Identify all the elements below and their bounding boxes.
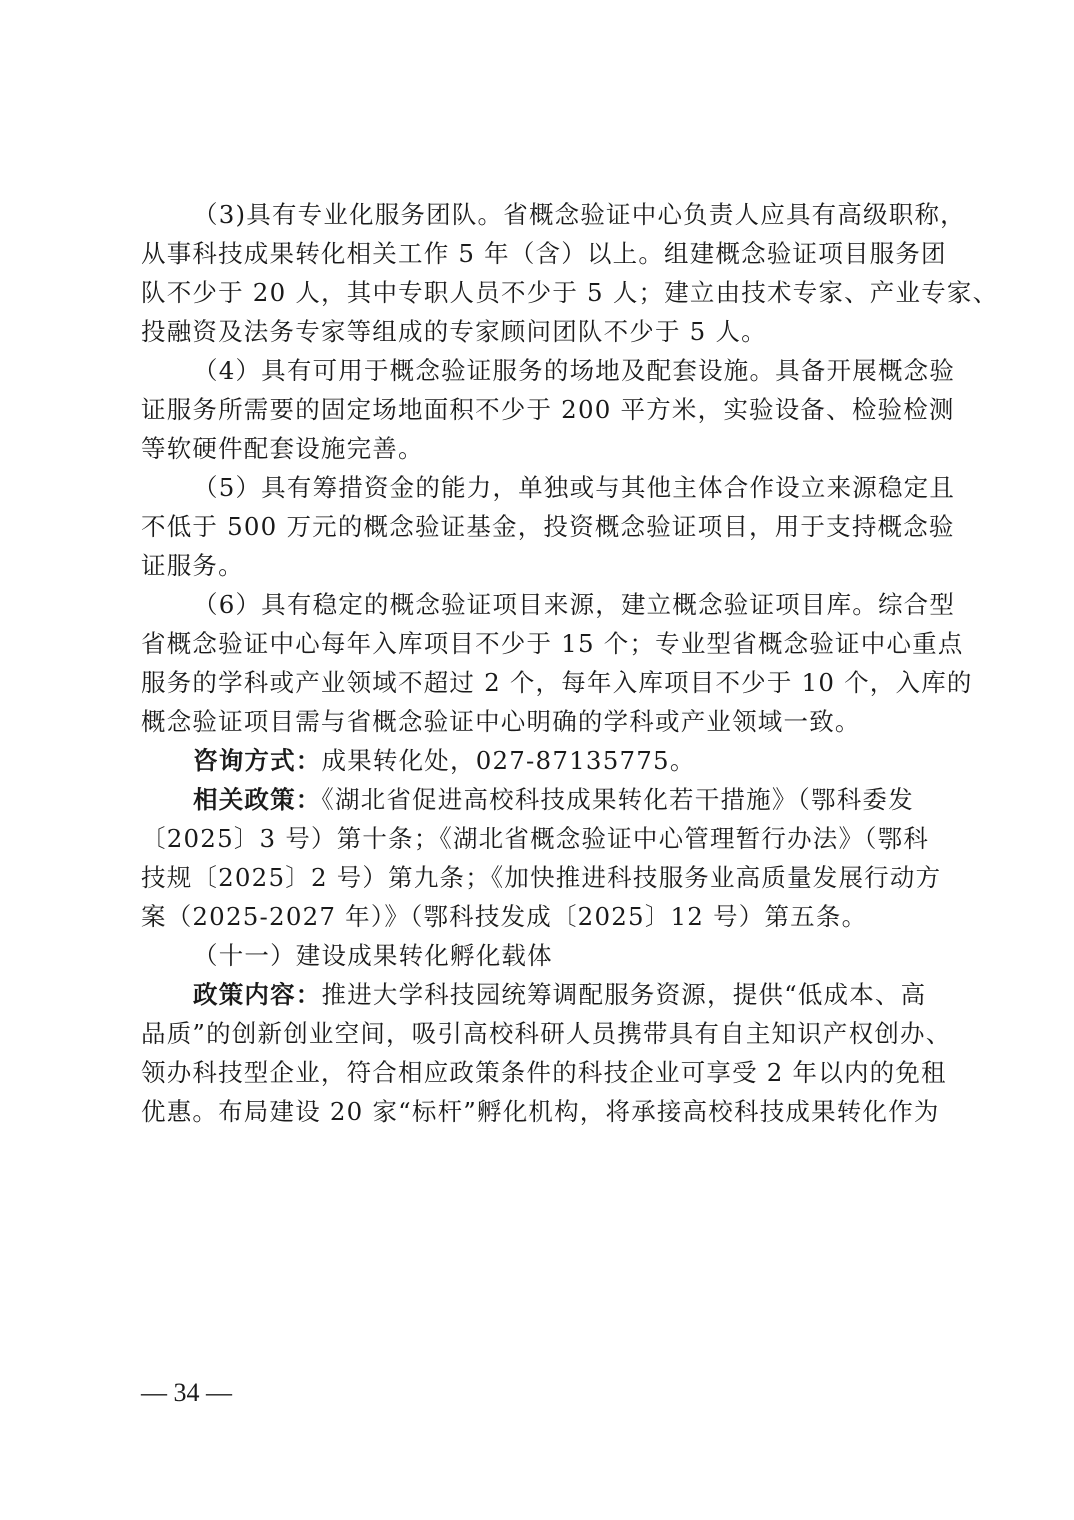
content-line-1: 政策内容：推进大学科技园统筹调配服务资源，提供“低成本、高 [193,975,926,1015]
policy-line-2: 〔2025〕3 号）第十条；《湖北省概念验证中心管理暂行办法》（鄂科 [141,819,929,859]
text-line: 从事科技成果转化相关工作 5 年（含）以上。组建概念验证项目服务团 [141,234,947,274]
text-line: （6）具有稳定的概念验证项目来源，建立概念验证项目库。综合型 [193,585,955,625]
consult-label: 咨询方式： [193,746,322,775]
content-line-2: 品质”的创新创业空间，吸引高校科研人员携带具有自主知识产权创办、 [141,1014,951,1054]
content-line-4: 优惠。布局建设 20 家“标杆”孵化机构，将承接高校科技成果转化作为 [141,1092,940,1132]
content-label: 政策内容： [193,980,322,1009]
text-line: 证服务所需要的固定场地面积不少于 200 平方米，实验设备、检验检测 [141,390,955,430]
text-line: （3)具有专业化服务团队。省概念验证中心负责人应具有高级职称， [193,195,966,235]
text-line: 服务的学科或产业领域不超过 2 个，每年入库项目不少于 10 个，入库的 [141,663,973,703]
text-line: 证服务。 [141,546,244,586]
policy-line-4: 案（2025-2027 年）》（鄂科技发成〔2025〕12 号）第五条。 [141,897,867,937]
text-line: 不低于 500 万元的概念验证基金，投资概念验证项目，用于支持概念验 [141,507,955,547]
section-heading: （十一）建设成果转化孵化载体 [193,936,553,976]
text-line: 队不少于 20 人，其中专职人员不少于 5 人；建立由技术专家、产业专家、 [141,273,998,313]
consult-text: 成果转化处，027-87135775。 [322,746,696,775]
text-line: 省概念验证中心每年入库项目不少于 15 个；专业型省概念验证中心重点 [141,624,964,664]
text-line: 等软硬件配套设施完善。 [141,429,424,469]
text-line: 概念验证项目需与省概念验证中心明确的学科或产业领域一致。 [141,702,861,742]
content-first-line: 推进大学科技园统筹调配服务资源，提供“低成本、高 [322,980,927,1009]
policy-line-3: 技规〔2025〕2 号）第九条；《加快推进科技服务业高质量发展行动方 [141,858,941,898]
policy-first-line: 《湖北省促进高校科技成果转化若干措施》（鄂科委发 [322,785,914,814]
policy-label: 相关政策： [193,785,322,814]
consult-line: 咨询方式：成果转化处，027-87135775。 [193,741,696,781]
text-line: （5）具有筹措资金的能力，单独或与其他主体合作设立来源稳定且 [193,468,955,508]
page-number: — 34 — [141,1378,232,1408]
content-line-3: 领办科技型企业，符合相应政策条件的科技企业可享受 2 年以内的免租 [141,1053,947,1093]
policy-line-1: 相关政策：《湖北省促进高校科技成果转化若干措施》（鄂科委发 [193,780,914,820]
text-line: 投融资及法务专家等组成的专家顾问团队不少于 5 人。 [141,312,767,352]
text-line: （4）具有可用于概念验证服务的场地及配套设施。具备开展概念验 [193,351,955,391]
